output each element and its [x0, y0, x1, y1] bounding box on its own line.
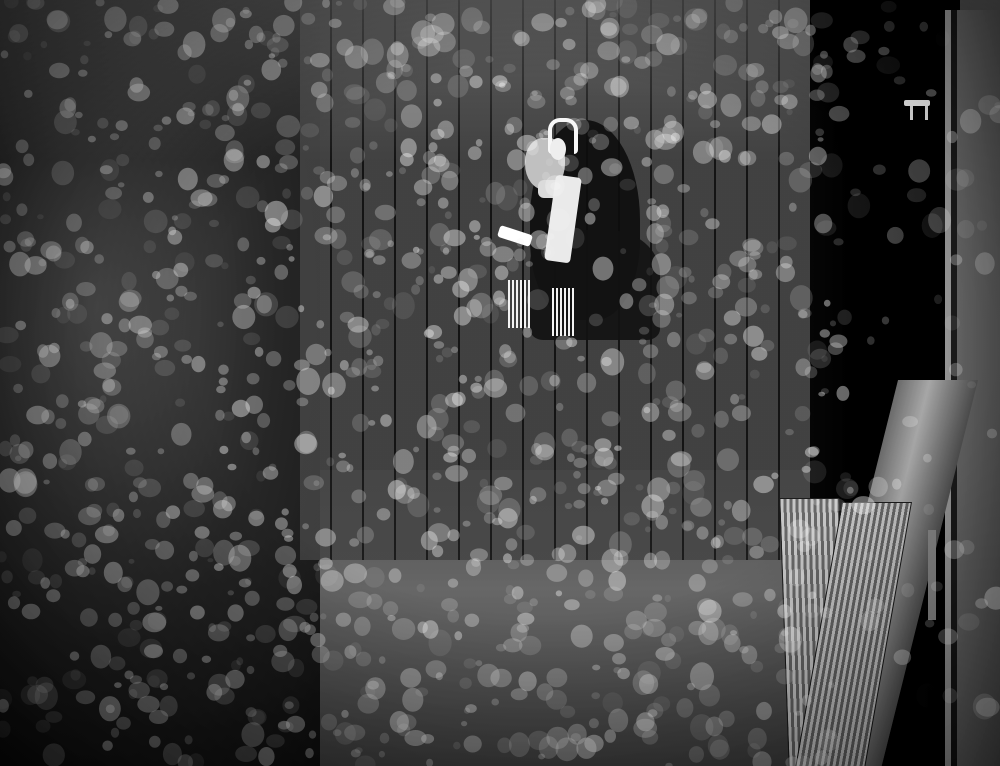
photograph	[0, 0, 1000, 766]
raindrop-bokeh	[0, 0, 1000, 766]
